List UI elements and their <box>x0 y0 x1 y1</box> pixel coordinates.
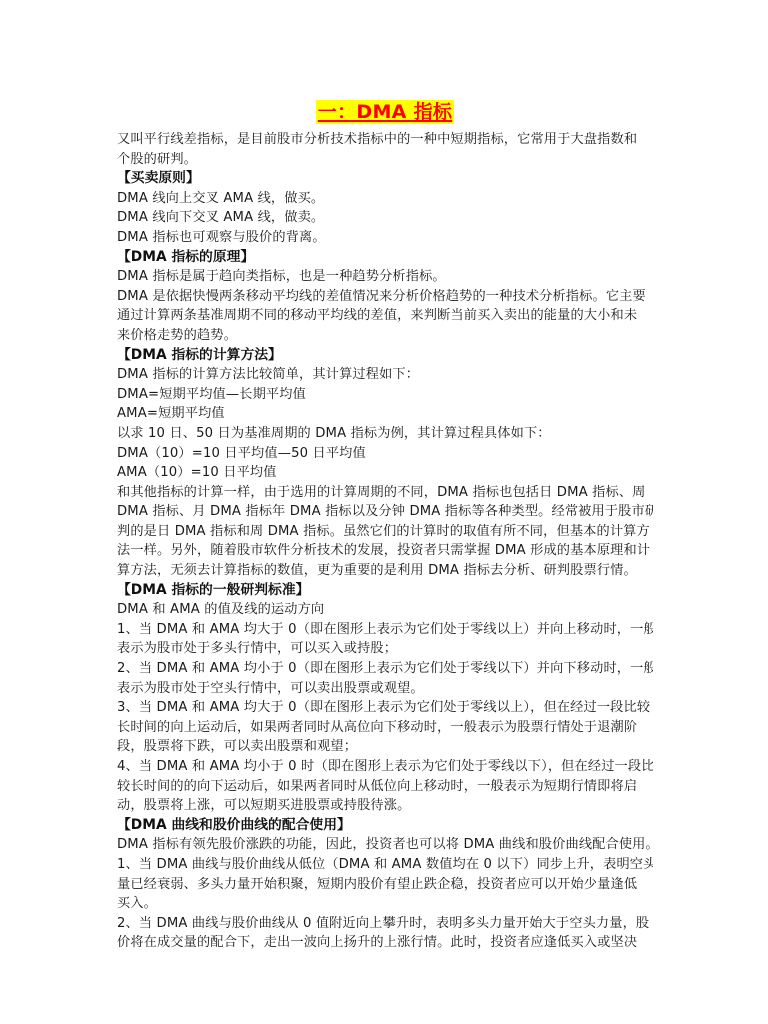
formula-line: AMA=短期平均值 <box>117 404 653 424</box>
text-line: DMA 指标是属于趋向类指标，也是一种趋势分析指标。 <box>117 267 653 287</box>
list-item-line: 表示为股市处于多头行情中，可以买入或持股； <box>117 639 653 659</box>
list-item-line: 较长时间的的向下运动后，如果两者同时从低位向上移动时，一般表示为短期行情即将启 <box>117 777 653 797</box>
text-line: DMA 指标有领先股价涨跌的功能，因此，投资者也可以将 DMA 曲线和股价曲线配… <box>117 835 653 855</box>
text-line: DMA 线向下交叉 AMA 线，做卖。 <box>117 208 653 228</box>
list-item-line: 1、当 DMA 曲线与股价曲线从低位（DMA 和 AMA 数值均在 0 以下）同… <box>117 855 653 875</box>
trading-principles-body: DMA 线向上交叉 AMA 线，做买。 DMA 线向下交叉 AMA 线，做卖。 … <box>117 189 653 248</box>
text-line: DMA 是依据快慢两条移动平均线的差值情况来分析价格趋势的一种技术分析指标。它主… <box>117 287 653 307</box>
text-line: DMA 指标、月 DMA 指标年 DMA 指标以及分钟 DMA 指标等各种类型。… <box>117 502 653 522</box>
text-line: DMA 线向上交叉 AMA 线，做买。 <box>117 189 653 209</box>
list-item-line: 1、当 DMA 和 AMA 均大于 0（即在图形上表示为它们处于零线以上）并向上… <box>117 620 653 640</box>
document-title: 一：DMA 指标 <box>316 100 454 124</box>
list-item-line: 量已经衰弱、多头力量开始积聚，短期内股价有望止跌企稳，投资者应可以开始少量逢低 <box>117 875 653 895</box>
text-line: 来价格走势的趋势。 <box>117 326 653 346</box>
list-item-line: 长时间的向上运动后，如果两者同时从高位向下移动时，一般表示为股票行情处于退潮阶 <box>117 718 653 738</box>
text-line: 和其他指标的计算一样，由于选用的计算周期的不同，DMA 指标也包括日 DMA 指… <box>117 483 653 503</box>
list-item-line: 3、当 DMA 和 AMA 均大于 0（即在图形上表示为它们处于零线以上），但在… <box>117 698 653 718</box>
formula-line: DMA=短期平均值—长期平均值 <box>117 385 653 405</box>
text-line: 又叫平行线差指标，是目前股市分析技术指标中的一种中短期指标，它常用于大盘指数和 <box>117 130 653 150</box>
text-line: 算方法，无须去计算指标的数值，更为重要的是利用 DMA 指标去分析、研判股票行情… <box>117 561 653 581</box>
section-heading-calculation: 【DMA 指标的计算方法】 <box>117 346 653 366</box>
text-line: DMA 和 AMA 的值及线的运动方向 <box>117 600 653 620</box>
title-container: 一：DMA 指标 <box>117 100 653 130</box>
section-heading-combined-use: 【DMA 曲线和股价曲线的配合使用】 <box>117 816 653 836</box>
formula-line: AMA（10）=10 日平均值 <box>117 463 653 483</box>
text-line: DMA 指标也可观察与股价的背离。 <box>117 228 653 248</box>
intro-paragraph: 又叫平行线差指标，是目前股市分析技术指标中的一种中短期指标，它常用于大盘指数和 … <box>117 130 653 169</box>
document-page: 一：DMA 指标 又叫平行线差指标，是目前股市分析技术指标中的一种中短期指标，它… <box>117 100 653 953</box>
combined-use-body: DMA 指标有领先股价涨跌的功能，因此，投资者也可以将 DMA 曲线和股价曲线配… <box>117 835 653 953</box>
text-line: 通过计算两条基准周期不同的移动平均线的差值，来判断当前买入卖出的能量的大小和未 <box>117 306 653 326</box>
formula-line: DMA（10）=10 日平均值—50 日平均值 <box>117 444 653 464</box>
general-criteria-body: DMA 和 AMA 的值及线的运动方向 1、当 DMA 和 AMA 均大于 0（… <box>117 600 653 816</box>
text-line: 以求 10 日、50 日为基准周期的 DMA 指标为例，其计算过程具体如下： <box>117 424 653 444</box>
text-line: DMA 指标的计算方法比较简单，其计算过程如下： <box>117 365 653 385</box>
principle-body: DMA 指标是属于趋向类指标，也是一种趋势分析指标。 DMA 是依据快慢两条移动… <box>117 267 653 345</box>
list-item-line: 动，股票将上涨，可以短期买进股票或持股待涨。 <box>117 796 653 816</box>
calculation-body: DMA 指标的计算方法比较简单，其计算过程如下： DMA=短期平均值—长期平均值… <box>117 365 653 581</box>
section-heading-general-criteria: 【DMA 指标的一般研判标准】 <box>117 581 653 601</box>
list-item-line: 2、当 DMA 曲线与股价曲线从 0 值附近向上攀升时，表明多头力量开始大于空头… <box>117 914 653 934</box>
list-item-line: 4、当 DMA 和 AMA 均小于 0 时（即在图形上表示为它们处于零线以下），… <box>117 757 653 777</box>
list-item-line: 价将在成交量的配合下，走出一波向上扬升的上涨行情。此时，投资者应逢低买入或坚决 <box>117 933 653 953</box>
list-item-line: 2、当 DMA 和 AMA 均小于 0（即在图形上表示为它们处于零线以下）并向下… <box>117 659 653 679</box>
list-item-line: 表示为股市处于空头行情中，可以卖出股票或观望。 <box>117 679 653 699</box>
text-line: 法一样。另外，随着股市软件分析技术的发展，投资者只需掌握 DMA 形成的基本原理… <box>117 541 653 561</box>
text-line: 判的是日 DMA 指标和周 DMA 指标。虽然它们的计算时的取值有所不同，但基本… <box>117 522 653 542</box>
list-item-line: 段，股票将下跌，可以卖出股票和观望； <box>117 737 653 757</box>
list-item-line: 买入。 <box>117 894 653 914</box>
section-heading-trading-principles: 【买卖原则】 <box>117 169 653 189</box>
section-heading-principle: 【DMA 指标的原理】 <box>117 248 653 268</box>
text-line: 个股的研判。 <box>117 150 653 170</box>
